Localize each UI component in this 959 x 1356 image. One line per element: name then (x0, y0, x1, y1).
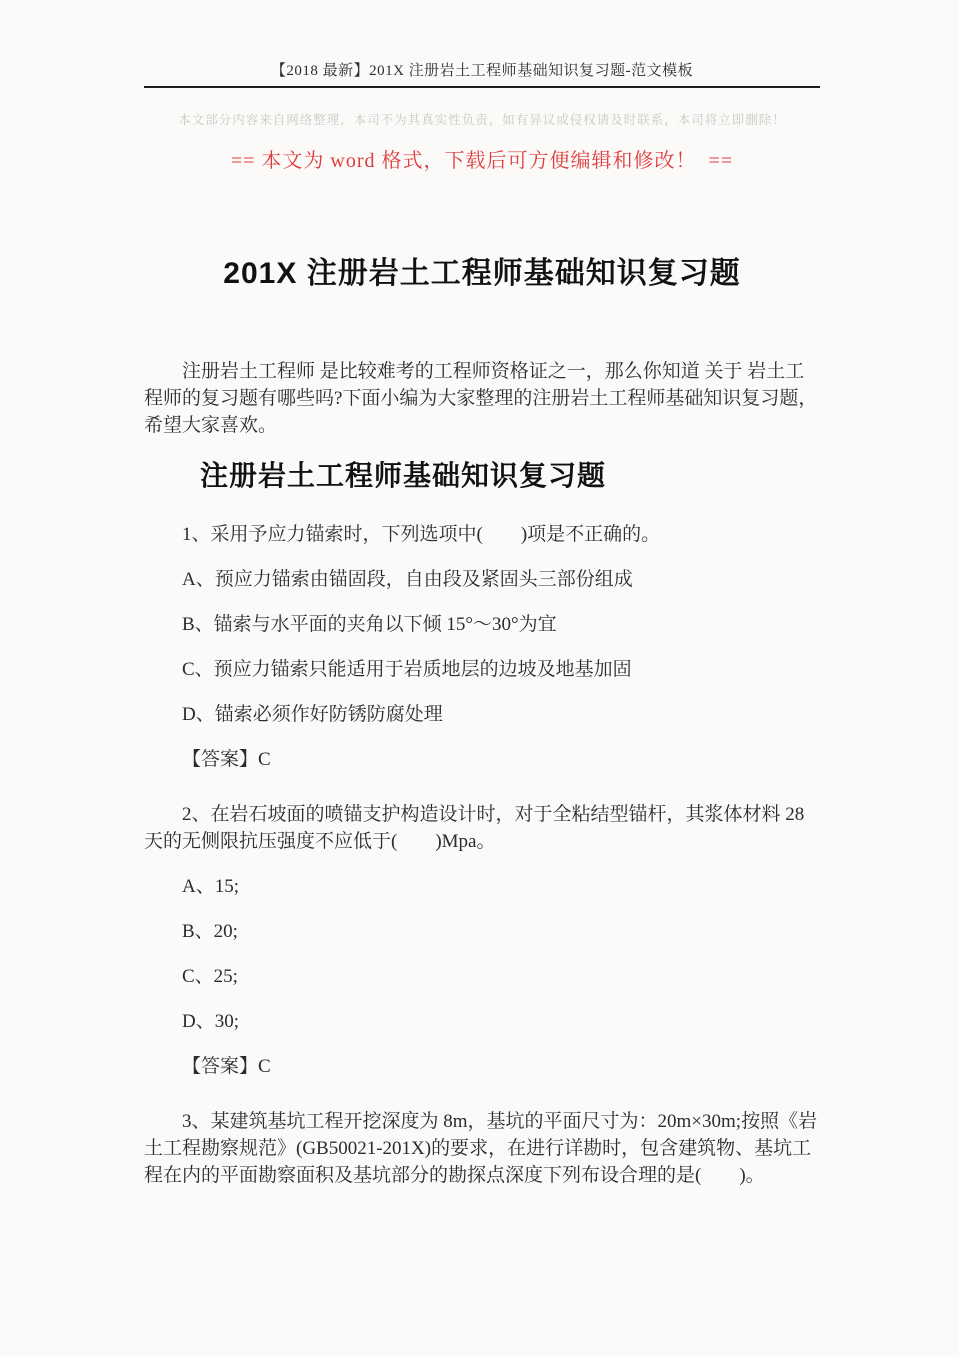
page-content: 【2018 最新】201X 注册岩土工程师基础知识复习题-范文模板 本文部分内容… (144, 0, 820, 1189)
question-block-3: 3、某建筑基坑工程开挖深度为 8m，基坑的平面尺寸为：20m×30m;按照《岩土… (144, 1108, 820, 1189)
main-title: 201X 注册岩土工程师基础知识复习题 (144, 256, 820, 292)
option-line: B、锚索与水平面的夹角以下倾 15°～30°为宜 (144, 611, 820, 638)
option-line: B、20; (144, 918, 820, 945)
intro-paragraph: 注册岩土工程师 是比较难考的工程师资格证之一，那么你知道 关于 岩土工程师的复习… (144, 358, 820, 439)
header-divider (144, 86, 820, 88)
option-line: C、25; (144, 963, 820, 990)
question-stem: 1、采用予应力锚索时，下列选项中( )项是不正确的。 (144, 521, 820, 548)
question-block-2: 2、在岩石坡面的喷锚支护构造设计时，对于全粘结型锚杆，其浆体材料 28 天的无侧… (144, 801, 820, 1080)
option-line: D、30; (144, 1008, 820, 1035)
question-block-1: 1、采用予应力锚索时，下列选项中( )项是不正确的。 A、预应力锚索由锚固段，自… (144, 521, 820, 773)
header-title: 【2018 最新】201X 注册岩土工程师基础知识复习题-范文模板 (144, 62, 820, 81)
option-line: A、15; (144, 873, 820, 900)
question-stem: 2、在岩石坡面的喷锚支护构造设计时，对于全粘结型锚杆，其浆体材料 28 天的无侧… (144, 801, 820, 855)
option-line: C、预应力锚索只能适用于岩质地层的边坡及地基加固 (144, 656, 820, 683)
question-stem: 3、某建筑基坑工程开挖深度为 8m，基坑的平面尺寸为：20m×30m;按照《岩土… (144, 1108, 820, 1189)
option-line: A、预应力锚索由锚固段，自由段及紧固头三部份组成 (144, 566, 820, 593)
doc-header: 【2018 最新】201X 注册岩土工程师基础知识复习题-范文模板 (144, 0, 820, 88)
disclaimer-text: 本文部分内容来自网络整理，本司不为其真实性负责，如有异议或侵权请及时联系，本司将… (144, 112, 820, 128)
option-line: D、锚索必须作好防锈防腐处理 (144, 701, 820, 728)
answer-line: 【答案】C (144, 1053, 820, 1080)
word-format-notice: == 本文为 word 格式，下载后可方便编辑和修改！ == (144, 148, 820, 174)
section-title: 注册岩土工程师基础知识复习题 (144, 459, 820, 493)
document-page: 【2018 最新】201X 注册岩土工程师基础知识复习题-范文模板 本文部分内容… (0, 0, 959, 1356)
answer-line: 【答案】C (144, 746, 820, 773)
